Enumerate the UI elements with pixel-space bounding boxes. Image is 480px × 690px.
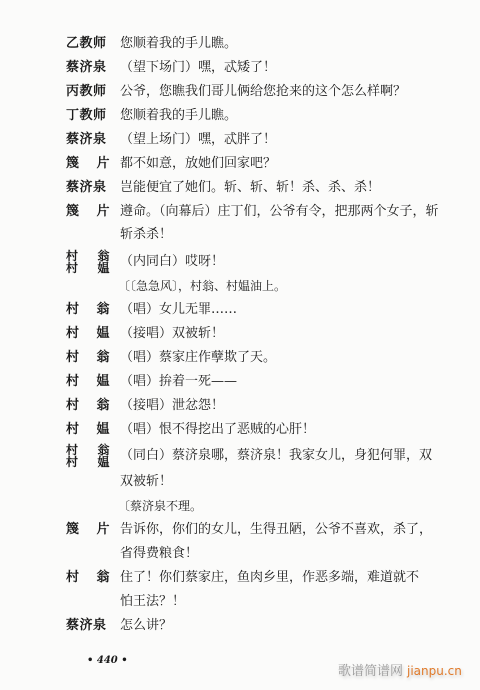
speaker-name: 篾片 [66, 202, 110, 222]
speaker-name: 村媪 [66, 262, 110, 274]
speaker-pair: 村翁村媪 [66, 250, 114, 274]
dialogue-line: 篾片都不如意，放她们回家吧？ [0, 154, 480, 174]
dialogue-text: 怎么讲？ [120, 616, 172, 636]
dialogue-text: 斩杀杀！ [120, 225, 172, 245]
speaker-name: 村媪 [66, 324, 110, 344]
dialogue-line: 省得费粮食！ [0, 544, 480, 564]
dialogue-text: （唱）蔡家庄作孽欺了天。 [120, 348, 276, 368]
dialogue-text: 双被斩！ [120, 472, 172, 492]
speaker-name: 乙教师 [66, 34, 114, 54]
dialogue-line: 怕王法？！ [0, 592, 480, 612]
dialogue-text: （内同白）哎呀！ [120, 252, 224, 272]
script-page: 乙教师您顺着我的手儿瞧。蔡济泉（望下场门）嘿，忒矮了！丙教师公爷，您瞧我们哥儿俩… [0, 0, 480, 690]
dialogue-text: （同白）蔡济泉哪，蔡济泉！我家女儿，身犯何罪，双 [120, 446, 432, 466]
dialogue-text: （望下场门）嘿，忒矮了！ [120, 58, 276, 78]
dialogue-line: 村媪（唱）拚着一死—— [0, 372, 480, 392]
dialogue-line: 蔡济泉怎么讲？ [0, 616, 480, 636]
dialogue-text: 怕王法？！ [120, 592, 185, 612]
dialogue-line: 村翁住了！你们蔡家庄，鱼肉乡里，作恶多端，难道就不 [0, 568, 480, 588]
speaker-name: 村媪 [66, 456, 110, 468]
dialogue-line: 篾片遵命。（向幕后）庄丁们，公爷有令，把那两个女子，斩 [0, 202, 480, 222]
watermark-url: jianpu.cn [407, 664, 462, 678]
dialogue-text: 遵命。（向幕后）庄丁们，公爷有令，把那两个女子，斩 [120, 202, 439, 222]
speaker-name: 蔡济泉 [66, 616, 114, 636]
stage-direction: 〔〔急急风〕，村翁、村媪油上。 [118, 276, 286, 296]
dialogue-text: 岂能便宜了她们。斩、斩、斩！杀、杀、杀！ [120, 178, 380, 198]
dialogue-line: 〔蔡济泉不理。 [0, 496, 480, 516]
dialogue-line: 丁教师您顺着我的手儿瞧。 [0, 106, 480, 126]
speaker-name: 篾片 [66, 154, 110, 174]
speaker-name: 篾片 [66, 520, 110, 540]
dialogue-text: 都不如意，放她们回家吧？ [120, 154, 276, 174]
dialogue-line: 斩杀杀！ [0, 225, 480, 245]
dialogue-line: 蔡济泉（望上场门）嘿，忒胖了！ [0, 130, 480, 150]
dialogue-text: 住了！你们蔡家庄，鱼肉乡里，作恶多端，难道就不 [120, 568, 419, 588]
dialogue-text: 您顺着我的手儿瞧。 [120, 106, 237, 126]
speaker-name: 村翁 [66, 348, 110, 368]
dialogue-line: 篾片告诉你，你们的女儿，生得丑陋，公爷不喜欢，杀了， [0, 520, 480, 540]
dialogue-line: 蔡济泉（望下场门）嘿，忒矮了！ [0, 58, 480, 78]
speaker-name: 丙教师 [66, 82, 114, 102]
dialogue-line: 村媪（唱）恨不得挖出了恶贼的心肝！ [0, 420, 480, 440]
dialogue-text: 省得费粮食！ [120, 544, 198, 564]
dialogue-text: 告诉你，你们的女儿，生得丑陋，公爷不喜欢，杀了， [120, 520, 432, 540]
dialogue-text: （唱）拚着一死—— [120, 372, 237, 392]
dialogue-text: 您顺着我的手儿瞧。 [120, 34, 237, 54]
speaker-name: 丁教师 [66, 106, 114, 126]
dialogue-line: 丙教师公爷，您瞧我们哥儿俩给您抢来的这个怎么样啊？ [0, 82, 480, 102]
speaker-name: 村媪 [66, 372, 110, 392]
dialogue-text: （唱）女儿无罪…… [120, 300, 237, 320]
dialogue-line: 村翁（唱）蔡家庄作孽欺了天。 [0, 348, 480, 368]
dialogue-line: 村翁村媪（内同白）哎呀！ [0, 252, 480, 272]
speaker-name: 村翁 [66, 568, 110, 588]
dialogue-line: 〔〔急急风〕，村翁、村媪油上。 [0, 276, 480, 296]
dialogue-text: （接唱）双被斩！ [120, 324, 224, 344]
speaker-name: 蔡济泉 [66, 178, 114, 198]
dialogue-line: 村翁（唱）女儿无罪…… [0, 300, 480, 320]
dialogue-line: 双被斩！ [0, 472, 480, 492]
speaker-pair: 村翁村媪 [66, 444, 114, 468]
page-number: • 440 • [87, 655, 128, 666]
stage-direction: 〔蔡济泉不理。 [118, 496, 202, 516]
dialogue-line: 乙教师您顺着我的手儿瞧。 [0, 34, 480, 54]
watermark-site-name: 歌谱简谱网 [338, 664, 403, 679]
dialogue-line: 村翁村媪（同白）蔡济泉哪，蔡济泉！我家女儿，身犯何罪，双 [0, 446, 480, 466]
dialogue-text: （望上场门）嘿，忒胖了！ [120, 130, 276, 150]
dialogue-text: （接唱）泄忿怨！ [120, 396, 224, 416]
speaker-name: 村媪 [66, 420, 110, 440]
dialogue-line: 村翁（接唱）泄忿怨！ [0, 396, 480, 416]
speaker-name: 村翁 [66, 396, 110, 416]
speaker-name: 蔡济泉 [66, 130, 114, 150]
dialogue-line: 蔡济泉岂能便宜了她们。斩、斩、斩！杀、杀、杀！ [0, 178, 480, 198]
speaker-name: 蔡济泉 [66, 58, 114, 78]
dialogue-text: 公爷，您瞧我们哥儿俩给您抢来的这个怎么样啊？ [120, 82, 406, 102]
dialogue-line: 村媪（接唱）双被斩！ [0, 324, 480, 344]
speaker-name: 村翁 [66, 300, 110, 320]
dialogue-text: （唱）恨不得挖出了恶贼的心肝！ [120, 420, 315, 440]
watermark: 歌谱简谱网jianpu.cn [338, 660, 462, 679]
